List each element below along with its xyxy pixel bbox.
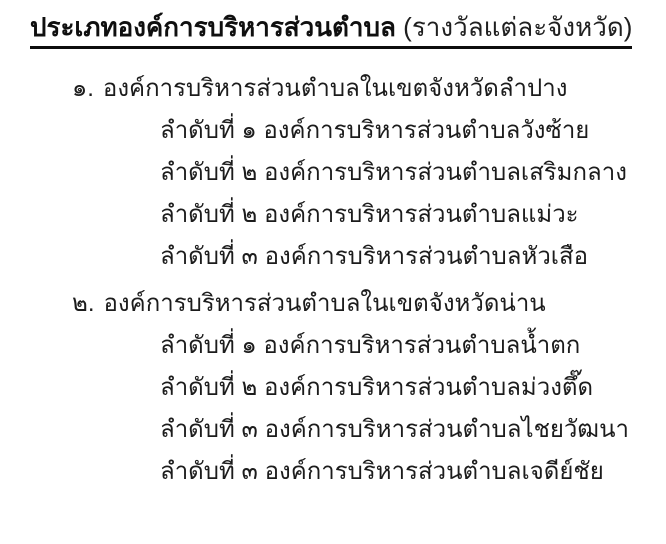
rank-entry: ลำดับที่ ๒ องค์การบริหารส่วนตำบลเสริมกลา… <box>160 152 656 194</box>
title-underline: ประเภทองค์การบริหารส่วนตำบล (รางวัลแต่ละ… <box>30 9 632 49</box>
page-title: ประเภทองค์การบริหารส่วนตำบล (รางวัลแต่ละ… <box>30 9 656 49</box>
province-number: ๒. <box>72 283 95 325</box>
rank-entry: ลำดับที่ ๑ องค์การบริหารส่วนตำบลน้ำตก <box>160 325 656 367</box>
province-heading: ๒.องค์การบริหารส่วนตำบลในเขตจังหวัดน่าน <box>72 283 656 325</box>
province-label: องค์การบริหารส่วนตำบลในเขตจังหวัดน่าน <box>104 290 546 317</box>
province-group-nan: ๒.องค์การบริหารส่วนตำบลในเขตจังหวัดน่าน … <box>30 283 656 493</box>
title-main-text: ประเภทองค์การบริหารส่วนตำบล <box>30 12 396 42</box>
province-heading: ๑.องค์การบริหารส่วนตำบลในเขตจังหวัดลำปาง <box>72 68 656 110</box>
document-page: ประเภทองค์การบริหารส่วนตำบล (รางวัลแต่ละ… <box>0 0 666 544</box>
province-label: องค์การบริหารส่วนตำบลในเขตจังหวัดลำปาง <box>103 75 568 102</box>
rank-entry: ลำดับที่ ๓ องค์การบริหารส่วนตำบลไชยวัฒนา <box>160 409 656 451</box>
title-suffix-text: (รางวัลแต่ละจังหวัด) <box>396 12 632 42</box>
province-group-lampang: ๑.องค์การบริหารส่วนตำบลในเขตจังหวัดลำปาง… <box>30 68 656 278</box>
province-number: ๑. <box>72 68 94 110</box>
rank-entry: ลำดับที่ ๓ องค์การบริหารส่วนตำบลเจดีย์ชั… <box>160 451 656 493</box>
rank-entry: ลำดับที่ ๑ องค์การบริหารส่วนตำบลวังซ้าย <box>160 110 656 152</box>
rank-entry: ลำดับที่ ๒ องค์การบริหารส่วนตำบลม่วงตึ๊ด <box>160 367 656 409</box>
rank-entry: ลำดับที่ ๓ องค์การบริหารส่วนตำบลหัวเสือ <box>160 236 656 278</box>
rank-entry: ลำดับที่ ๒ องค์การบริหารส่วนตำบลแม่วะ <box>160 194 656 236</box>
